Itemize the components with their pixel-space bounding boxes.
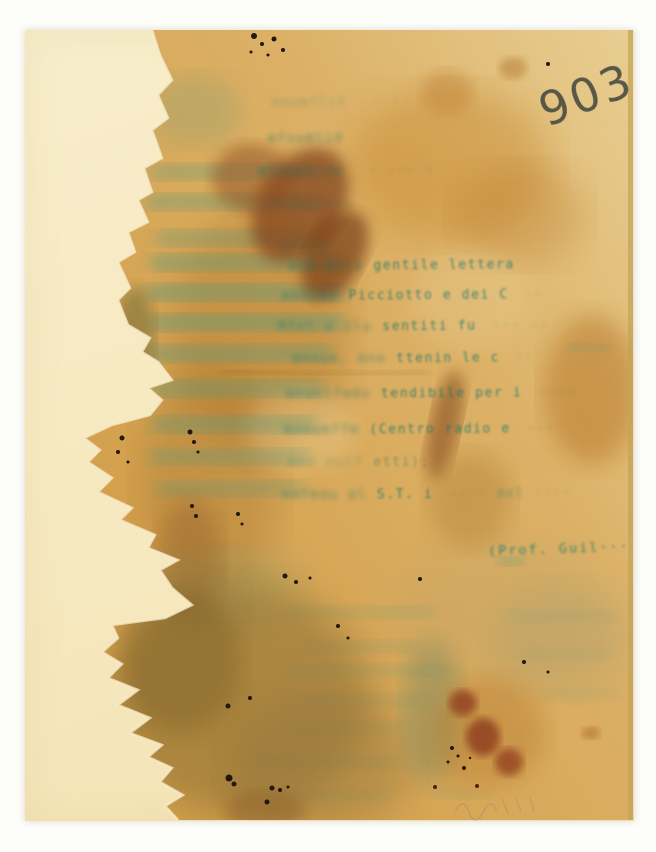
typed-line: Wfmdedidd· ··· · — [258, 163, 435, 179]
typed-line: mnm dolagentile lettera — [288, 257, 531, 274]
typed-line: mnnumffm(Centro radio e··· — [284, 421, 555, 438]
typed-line: mnn nulfetti); — [288, 454, 446, 470]
typed-line: mnumflit· ·· · — [272, 94, 430, 110]
typed-line: mnnuml. — [280, 239, 372, 255]
typed-line: mnnumuPicciotto e dei C·· — [282, 287, 544, 304]
typed-line: nfumuislo — [268, 197, 379, 213]
photo-paper: mnumflit· ·· · mfnumlid Wfmdedidd· ··· ·… — [0, 0, 656, 852]
typed-line: Mfnl.o ilusentiti fu··· ·· — [278, 318, 549, 335]
typed-line: mnnum, mnettenin le c·· — [292, 350, 535, 367]
typed-line: nnfmdu alS.T. i···· del ···· — [282, 486, 572, 503]
typed-line: mfnumlid — [268, 131, 370, 147]
typed-line: mnunlfmdutendibile per i···· — [286, 385, 576, 402]
